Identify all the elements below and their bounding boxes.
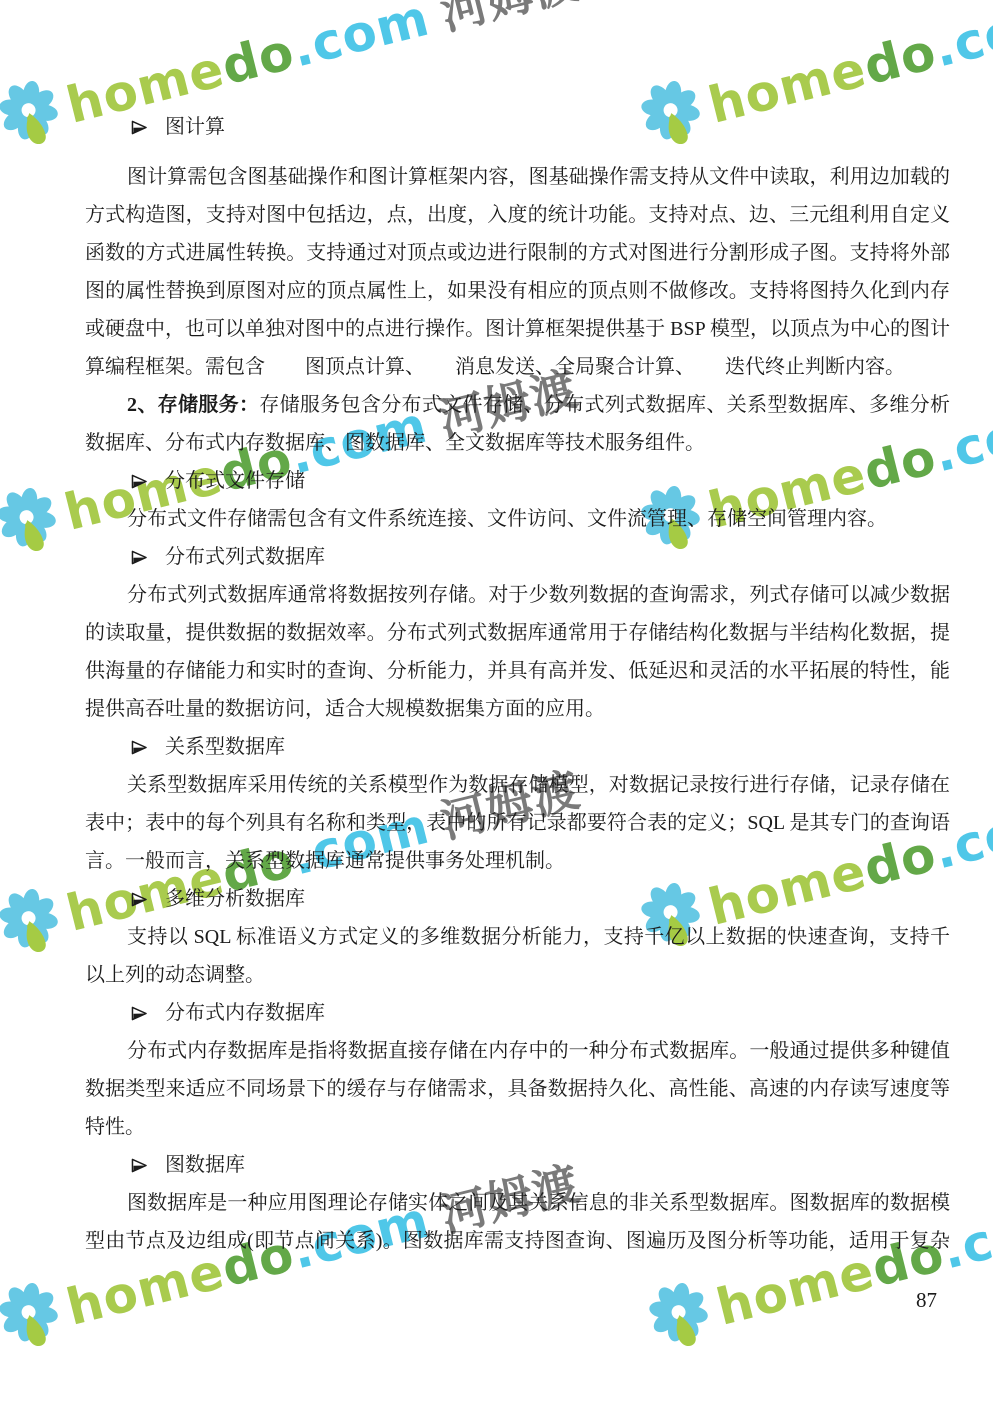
paragraph-line: 或硬盘中，也可以单独对图中的点进行操作。图计算框架提供基于 BSP 模型，以顶点… (85, 310, 950, 348)
line-text: 支持以 SQL 标准语义方式定义的多维数据分析能力，支持千亿以上数据的快速查询，… (85, 926, 950, 956)
homedo-flower-icon (0, 480, 69, 566)
paragraph-line: 型由节点及边组成(即节点间关系)。图数据库需支持图查询、图遍历及图分析等功能，适… (85, 1222, 950, 1260)
section-heading: 分布式文件存储 (85, 462, 950, 500)
paragraph-line: 的读取量，提供数据的数据效率。分布式列式数据库通常用于存储结构化数据与半结构化数… (85, 614, 950, 652)
paragraph-line: 以上列的动态调整。 (85, 956, 950, 994)
line-text: 型由节点及边组成(即节点间关系)。图数据库需支持图查询、图遍历及图分析等功能，适… (85, 1230, 950, 1252)
document-page: homedo.com河姆渡homedo.com河姆渡homedo.com河姆渡h… (0, 0, 993, 1403)
heading-label: 分布式列式数据库 (165, 538, 325, 576)
line-text: 图数据库是一种应用图理论存储实体之间及其关系信息的非关系型数据库。图数据库的数据… (127, 1192, 950, 1214)
heading-label: 关系型数据库 (165, 728, 285, 766)
heading-label: 多维分析数据库 (165, 880, 305, 918)
watermark-hemudu: 河姆渡 (436, 0, 584, 37)
line-text: 供海量的存储能力和实时的查询、分析能力，并具有高并发、低延迟和灵活的水平拓展的特… (85, 660, 950, 682)
section-heading: 图计算 (85, 108, 950, 146)
paragraph-line: 2、存储服务：存储服务包含分布式文件存储、分布式列式数据库、关系型数据库、多维分… (85, 386, 950, 424)
heading-label: 图计算 (165, 108, 225, 146)
paragraph-line: 言。一般而言，关系型数据库通常提供事务处理机制。 (85, 842, 950, 880)
arrow-bullet-icon (131, 474, 148, 489)
paragraph-line: 分布式内存数据库是指将数据直接存储在内存中的一种分布式数据库。一般通过提供多种键… (85, 1032, 950, 1070)
paragraph-line: 算编程框架。需包含 图顶点计算、 消息发送、全局聚合计算、 迭代终止判断内容。 (85, 348, 950, 386)
homedo-flower-icon (0, 73, 71, 159)
line-text: 图计算需包含图基础操作和图计算框架内容，图基础操作需支持从文件中读取，利用边加载… (127, 166, 950, 188)
section-heading: 多维分析数据库 (85, 880, 950, 918)
line-text: 表中；表中的每个列具有名称和类型，表中的所有记录都要符合表的定义；SQL 是其专… (85, 812, 950, 834)
bold-lead: 2、存储服务： (127, 394, 259, 416)
arrow-bullet-icon (131, 892, 148, 907)
paragraph-line: 供海量的存储能力和实时的查询、分析能力，并具有高并发、低延迟和灵活的水平拓展的特… (85, 652, 950, 690)
section-heading: 关系型数据库 (85, 728, 950, 766)
paragraph-line: 函数的方式进属性转换。支持通过对顶点或边进行限制的方式对图进行分割形成子图。支持… (85, 234, 950, 272)
watermark-do: do (859, 26, 941, 92)
homedo-flower-icon (0, 881, 71, 967)
line-text: 方式构造图，支持对图中包括边，点，出度，入度的统计功能。支持对点、边、三元组利用… (85, 204, 950, 226)
paragraph-line: 图的属性替换到原图对应的顶点属性上，如果没有相应的顶点则不做修改。支持将图持久化… (85, 272, 950, 310)
line-text: 存储服务包含分布式文件存储、分布式列式数据库、关系型数据库、多维分析 (259, 394, 950, 416)
line-text: 数据库、分布式内存数据库、图数据库、全文数据库等技术服务组件。 (85, 432, 705, 454)
line-text: 函数的方式进属性转换。支持通过对顶点或边进行限制的方式对图进行分割形成子图。支持… (85, 242, 950, 264)
line-text: 分布式内存数据库是指将数据直接存储在内存中的一种分布式数据库。一般通过提供多种键… (127, 1040, 950, 1062)
paragraph-line: 数据库、分布式内存数据库、图数据库、全文数据库等技术服务组件。 (85, 424, 950, 462)
line-text: 算编程框架。需包含 图顶点计算、 消息发送、全局聚合计算、 迭代终止判断内容。 (85, 356, 905, 378)
arrow-bullet-icon (131, 740, 148, 755)
line-text: 言。一般而言，关系型数据库通常提供事务处理机制。 (85, 850, 565, 872)
section-heading: 图数据库 (85, 1146, 950, 1184)
watermark-do: do (217, 26, 299, 92)
line-text: 特性。 (85, 1116, 145, 1138)
paragraph-line: 表中；表中的每个列具有名称和类型，表中的所有记录都要符合表的定义；SQL 是其专… (85, 804, 950, 842)
paragraph-line: 提供高吞吐量的数据访问，适合大规模数据集方面的应用。 (85, 690, 950, 728)
arrow-bullet-icon (131, 120, 148, 135)
paragraph-line: 特性。 (85, 1108, 950, 1146)
section-heading: 分布式列式数据库 (85, 538, 950, 576)
page-number: 87 (916, 1288, 937, 1313)
homedo-flower-icon (639, 1275, 720, 1361)
line-text: 数据类型来适应不同场景下的缓存与存储需求，具备数据持久化、高性能、高速的内存读写… (85, 1078, 950, 1100)
heading-label: 分布式内存数据库 (165, 994, 325, 1032)
paragraph-line: 分布式文件存储需包含有文件系统连接、文件访问、文件流管理、存储空间管理内容。 (85, 500, 950, 538)
line-text: 图的属性替换到原图对应的顶点属性上，如果没有相应的顶点则不做修改。支持将图持久化… (85, 280, 950, 302)
heading-label: 分布式文件存储 (165, 462, 305, 500)
document-body: 图计算图计算需包含图基础操作和图计算框架内容，图基础操作需支持从文件中读取，利用… (85, 108, 950, 1260)
line-text: 分布式列式数据库通常将数据按列存储。对于少数列数据的查询需求，列式存储可以减少数… (127, 584, 950, 606)
arrow-bullet-icon (131, 550, 148, 565)
line-text: 分布式文件存储需包含有文件系统连接、文件访问、文件流管理、存储空间管理内容。 (127, 508, 887, 530)
watermark-com: .com (929, 0, 993, 75)
line-text: 提供高吞吐量的数据访问，适合大规模数据集方面的应用。 (85, 698, 605, 720)
arrow-bullet-icon (131, 1158, 148, 1173)
paragraph-line: 方式构造图，支持对图中包括边，点，出度，入度的统计功能。支持对点、边、三元组利用… (85, 196, 950, 234)
arrow-bullet-icon (131, 1006, 148, 1021)
line-text: 以上列的动态调整。 (85, 964, 265, 986)
paragraph-line: 关系型数据库采用传统的关系模型作为数据存储模型，对数据记录按行进行存储，记录存储… (85, 766, 950, 804)
paragraph-line: 数据类型来适应不同场景下的缓存与存储需求，具备数据持久化、高性能、高速的内存读写… (85, 1070, 950, 1108)
homedo-flower-icon (0, 1275, 71, 1361)
paragraph-line: 图数据库是一种应用图理论存储实体之间及其关系信息的非关系型数据库。图数据库的数据… (85, 1184, 950, 1222)
line-text: 或硬盘中，也可以单独对图中的点进行操作。图计算框架提供基于 BSP 模型，以顶点… (85, 318, 950, 340)
paragraph-line: 图计算需包含图基础操作和图计算框架内容，图基础操作需支持从文件中读取，利用边加载… (85, 158, 950, 196)
paragraph-line: 支持以 SQL 标准语义方式定义的多维数据分析能力，支持千亿以上数据的快速查询，… (85, 918, 950, 956)
paragraph-line: 分布式列式数据库通常将数据按列存储。对于少数列数据的查询需求，列式存储可以减少数… (85, 576, 950, 614)
line-text: 关系型数据库采用传统的关系模型作为数据存储模型，对数据记录按行进行存储，记录存储… (127, 774, 950, 796)
section-heading: 分布式内存数据库 (85, 994, 950, 1032)
heading-label: 图数据库 (165, 1146, 245, 1184)
line-text: 的读取量，提供数据的数据效率。分布式列式数据库通常用于存储结构化数据与半结构化数… (85, 622, 950, 644)
watermark-com: .com (287, 0, 434, 75)
